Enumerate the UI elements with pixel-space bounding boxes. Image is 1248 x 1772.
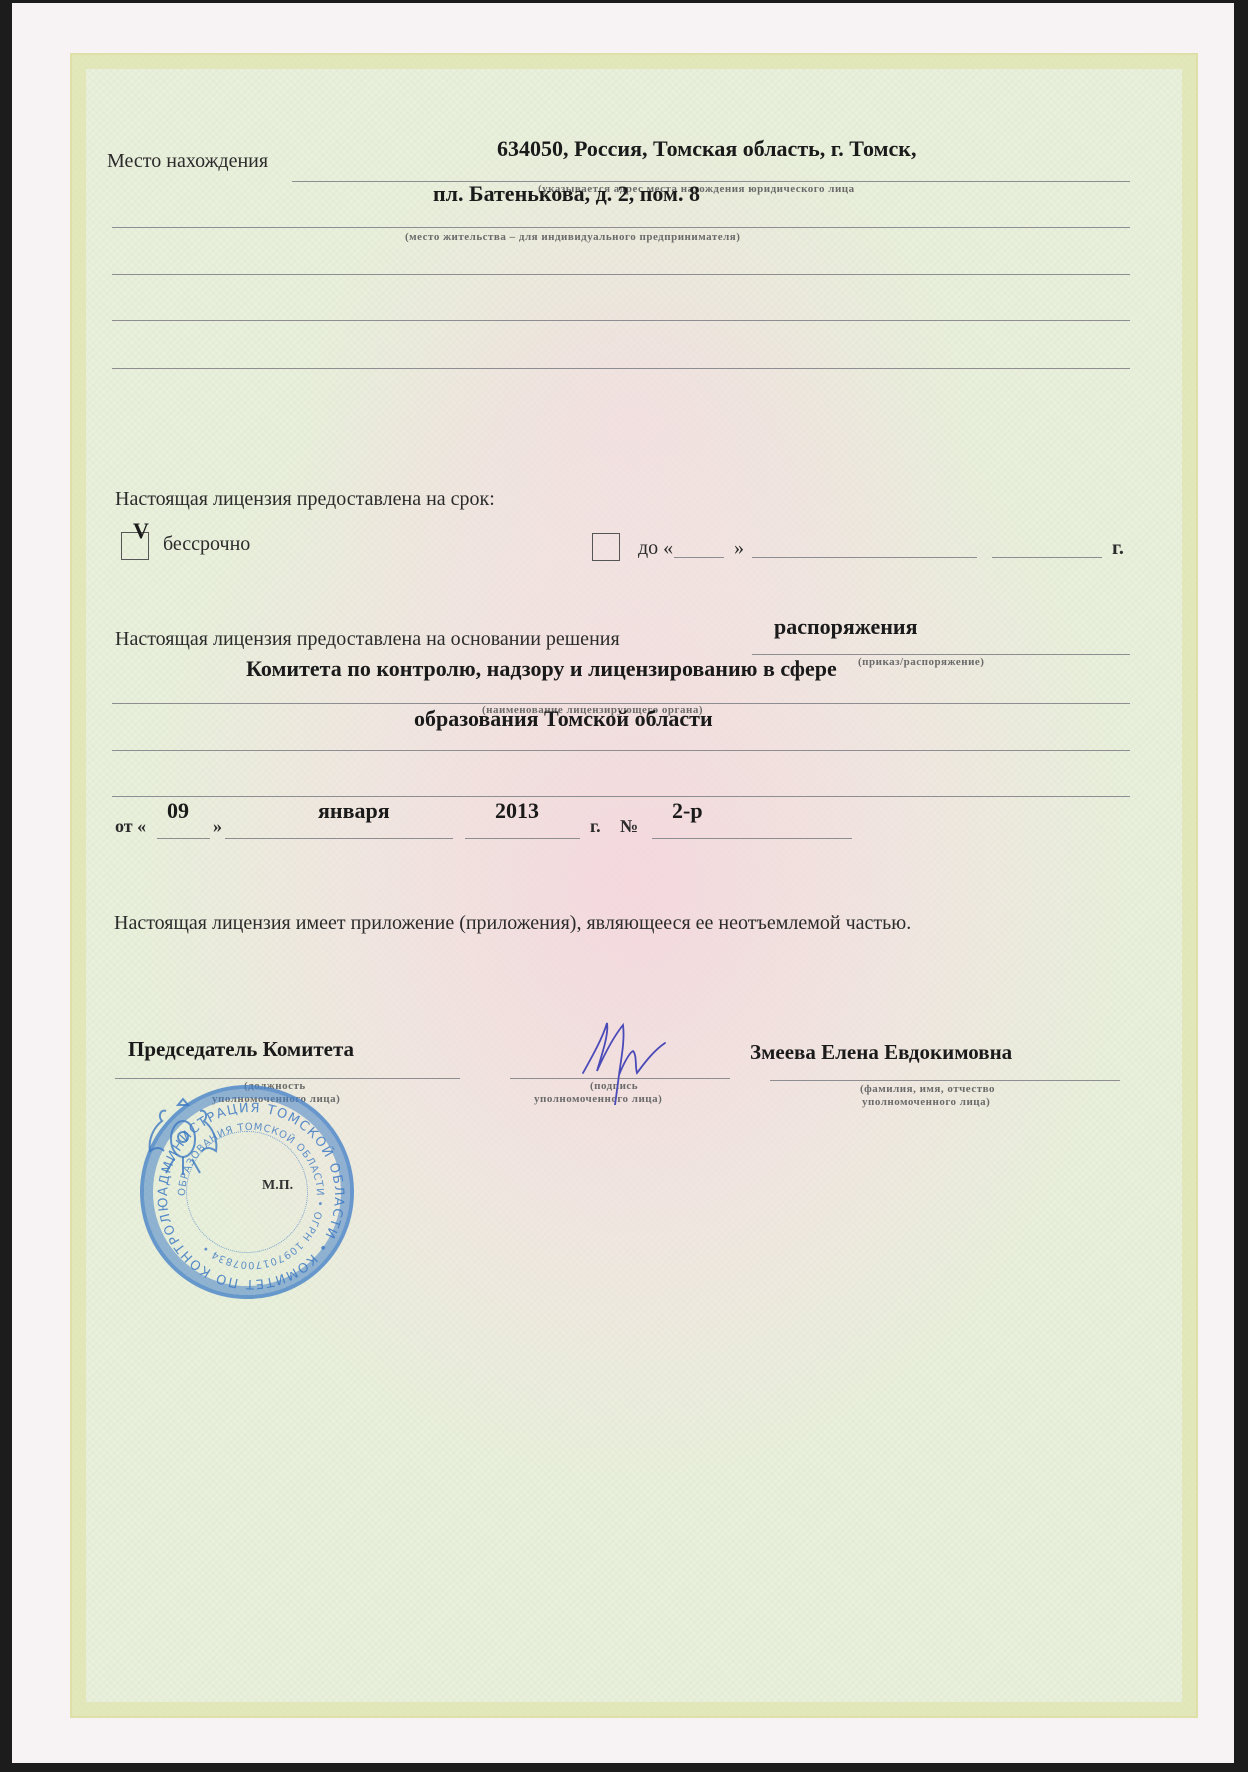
location-address-line1: 634050, Россия, Томская область, г. Томс… xyxy=(497,136,916,162)
underline xyxy=(752,654,1130,655)
official-seal: АДМИНИСТРАЦИЯ ТОМСКОЙ ОБЛАСТИ • КОМИТЕТ … xyxy=(140,1085,354,1299)
term-unlimited-label: бессрочно xyxy=(163,533,250,556)
check-mark-icon: V xyxy=(133,518,149,544)
basis-authority-line2: образования Томской области xyxy=(414,706,713,732)
date-day: 09 xyxy=(167,798,189,824)
date-prefix: от « xyxy=(115,816,146,837)
term-until-year-suffix: г. xyxy=(1112,537,1124,560)
underline xyxy=(112,227,1130,228)
basis-decision-type: распоряжения xyxy=(774,614,918,640)
seal-placeholder-label: М.П. xyxy=(262,1178,293,1194)
term-label: Настоящая лицензия предоставлена на срок… xyxy=(115,488,495,511)
location-label: Место нахождения xyxy=(107,150,268,173)
date-day-underline xyxy=(157,838,210,839)
position-underline xyxy=(115,1078,460,1079)
date-close-quote: » xyxy=(213,816,222,837)
underline xyxy=(112,796,1130,797)
underline xyxy=(112,750,1130,751)
signatory-position: Председатель Комитета xyxy=(128,1037,354,1062)
date-year: 2013 xyxy=(495,798,539,824)
basis-hint-type: (приказ/распоряжение) xyxy=(858,656,984,668)
until-year-field[interactable] xyxy=(992,557,1102,558)
decision-number: 2-р xyxy=(672,798,703,824)
until-month-field[interactable] xyxy=(752,557,977,558)
location-hint-individual: (место жительства – для индивидуального … xyxy=(405,231,740,243)
name-hint-1: (фамилия, имя, отчество xyxy=(860,1083,995,1095)
underline xyxy=(112,368,1130,369)
guilloche-frame xyxy=(70,53,1198,1718)
term-until-quote: » xyxy=(734,537,744,560)
decision-number-underline xyxy=(652,838,852,839)
decision-number-label: № xyxy=(620,816,638,837)
until-day-field[interactable] xyxy=(674,557,724,558)
basis-label: Настоящая лицензия предоставлена на осно… xyxy=(115,628,620,651)
paper-sheet xyxy=(12,3,1234,1763)
appendix-note: Настоящая лицензия имеет приложение (при… xyxy=(114,912,911,935)
date-year-underline xyxy=(465,838,580,839)
term-until-checkbox[interactable] xyxy=(592,533,620,561)
name-underline xyxy=(770,1080,1120,1081)
handwritten-signature xyxy=(575,1015,675,1105)
basis-authority-line1: Комитета по контролю, надзору и лицензир… xyxy=(246,656,837,682)
date-month-underline xyxy=(225,838,453,839)
underline xyxy=(112,274,1130,275)
date-year-suffix: г. xyxy=(590,816,601,837)
name-hint-2: уполномоченного лица) xyxy=(862,1096,990,1108)
underline xyxy=(112,320,1130,321)
location-address-line2: пл. Батенькова, д. 2, пом. 8 xyxy=(433,181,700,207)
date-month: января xyxy=(318,798,390,824)
term-until-prefix: до « xyxy=(638,537,673,560)
signatory-name: Змеева Елена Евдокимовна xyxy=(750,1040,1012,1065)
double-headed-eagle-icon xyxy=(144,1089,222,1181)
underline xyxy=(292,181,1130,182)
